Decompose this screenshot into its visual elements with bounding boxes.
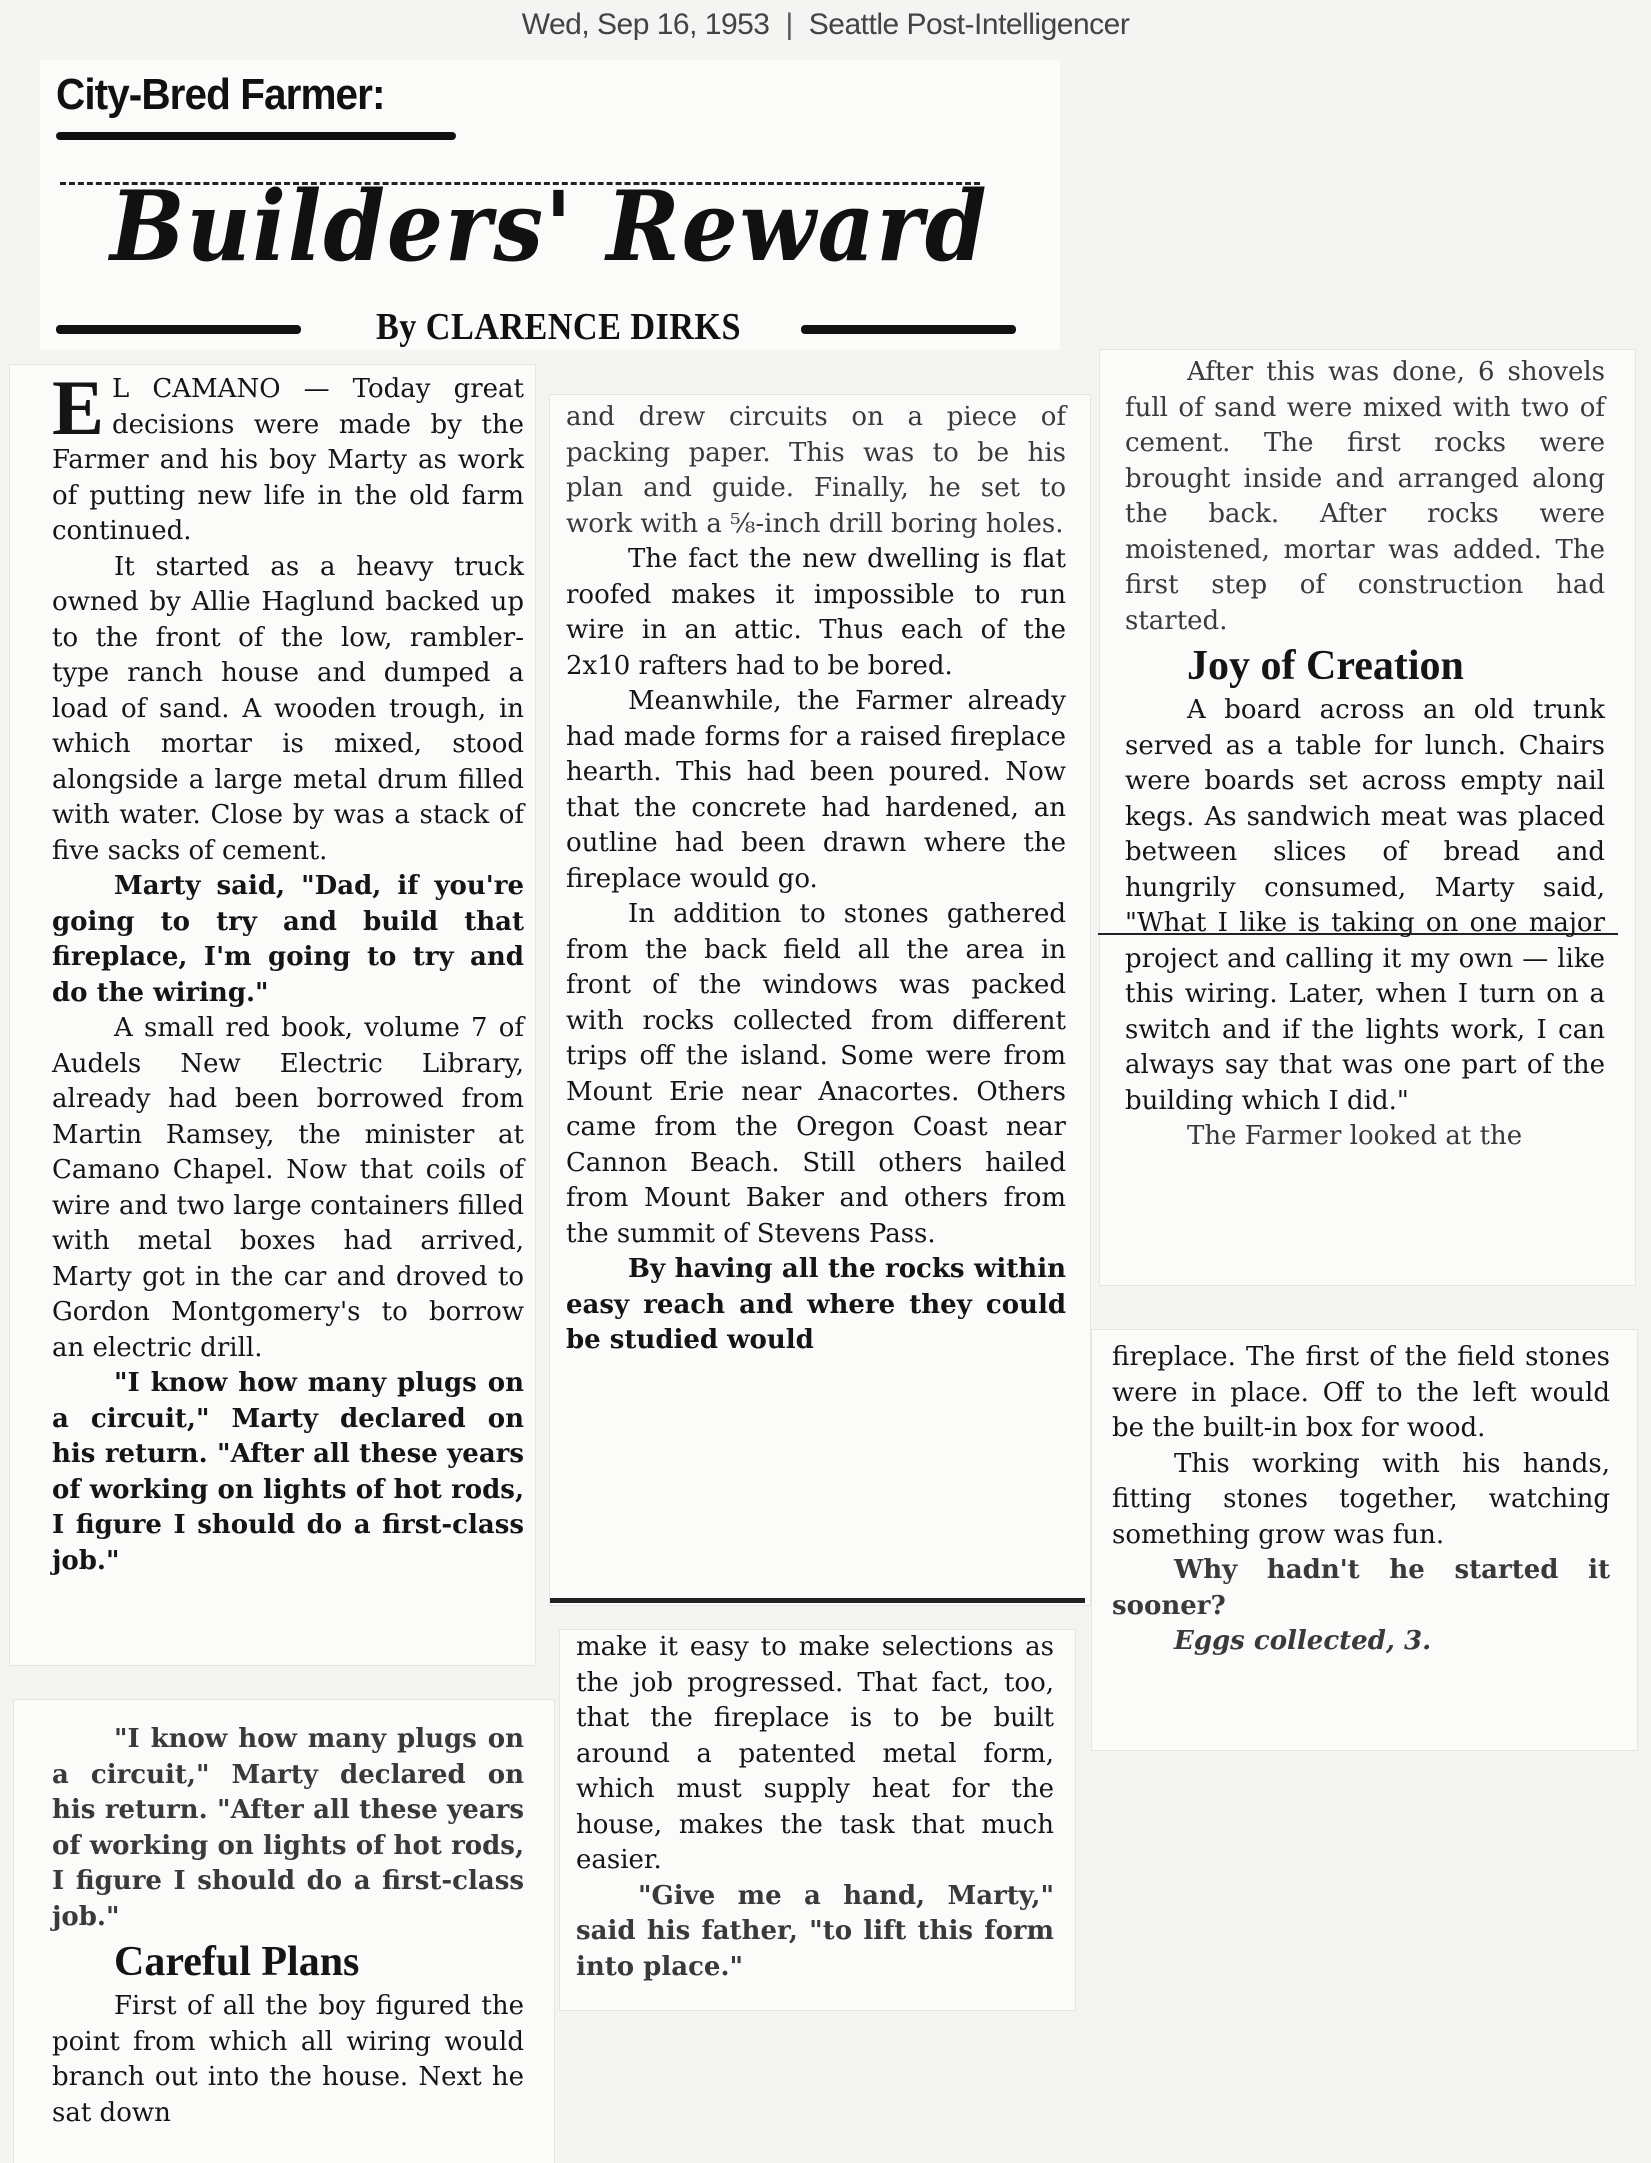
- subhead-joy-of-creation: Joy of Creation: [1125, 639, 1605, 693]
- paragraph: By having all the rocks within easy reac…: [566, 1252, 1066, 1359]
- byline-right-bar: [801, 325, 1016, 334]
- column3-lower-text: fireplace. The first of the field stones…: [1112, 1340, 1610, 1660]
- paragraph: The Farmer looked at the: [1125, 1119, 1605, 1155]
- paragraph: In addition to stones gathered from the …: [566, 897, 1066, 1252]
- paragraph-quote: "I know how many plugs on a circuit," Ma…: [52, 1722, 524, 1935]
- paragraph: Meanwhile, the Farmer already had made f…: [566, 684, 1066, 897]
- paragraph: After this was done, 6 shovels full of s…: [1125, 355, 1605, 639]
- header-separator: |: [786, 8, 793, 41]
- byline-left-bar: [56, 325, 301, 334]
- publication-date: Wed, Sep 16, 1953: [522, 8, 770, 41]
- paragraph-quote: "Give me a hand, Marty," said his father…: [576, 1879, 1054, 1986]
- kicker-underline: [56, 132, 456, 140]
- paragraph: The fact the new dwelling is flat roofed…: [566, 542, 1066, 684]
- clipping-header: Wed, Sep 16, 1953|Seattle Post-Intellige…: [0, 8, 1651, 42]
- column1-lower-text: "I know how many plugs on a circuit," Ma…: [52, 1722, 524, 2131]
- article-headline: Builders' Reward: [110, 170, 989, 283]
- paragraph: First of all the boy figured the point f…: [52, 1989, 524, 2131]
- paragraph: Why hadn't he started it sooner?: [1112, 1553, 1610, 1624]
- column2-text: and drew circuits on a piece of packing …: [566, 400, 1066, 1359]
- column1-text: EL CAMANO — Today great decisions were m…: [52, 372, 524, 1579]
- byline-row: By CLARENCE DIRKS: [56, 305, 1056, 355]
- article-byline: By CLARENCE DIRKS: [376, 305, 741, 349]
- column2-lower-text: make it easy to make selections as the j…: [576, 1630, 1054, 1985]
- paragraph-quote: Marty said, "Dad, if you're going to try…: [52, 869, 524, 1011]
- drop-cap: E: [52, 376, 104, 440]
- column3-text: After this was done, 6 shovels full of s…: [1125, 355, 1605, 1155]
- column3-rule: [1098, 933, 1618, 935]
- paragraph-continued: make it easy to make selections as the j…: [576, 1630, 1054, 1879]
- paragraph-continued: fireplace. The first of the field stones…: [1112, 1340, 1610, 1447]
- lead-paragraph: EL CAMANO — Today great decisions were m…: [52, 372, 524, 550]
- publication-name: Seattle Post-Intelligencer: [809, 8, 1130, 41]
- column2-bottom-rule: [550, 1598, 1085, 1603]
- paragraph: It started as a heavy truck owned by All…: [52, 550, 524, 870]
- paragraph-continued: and drew circuits on a piece of packing …: [566, 400, 1066, 542]
- paragraph-quote: A board across an old trunk served as a …: [1125, 693, 1605, 1119]
- paragraph: A small red book, volume 7 of Audels New…: [52, 1011, 524, 1366]
- subhead-careful-plans: Careful Plans: [52, 1935, 524, 1989]
- article-kicker: City-Bred Farmer:: [56, 70, 385, 120]
- signoff: Eggs collected, 3.: [1112, 1624, 1610, 1660]
- paragraph: This working with his hands, fitting sto…: [1112, 1447, 1610, 1554]
- paragraph-quote: "I know how many plugs on a circuit," Ma…: [52, 1366, 524, 1579]
